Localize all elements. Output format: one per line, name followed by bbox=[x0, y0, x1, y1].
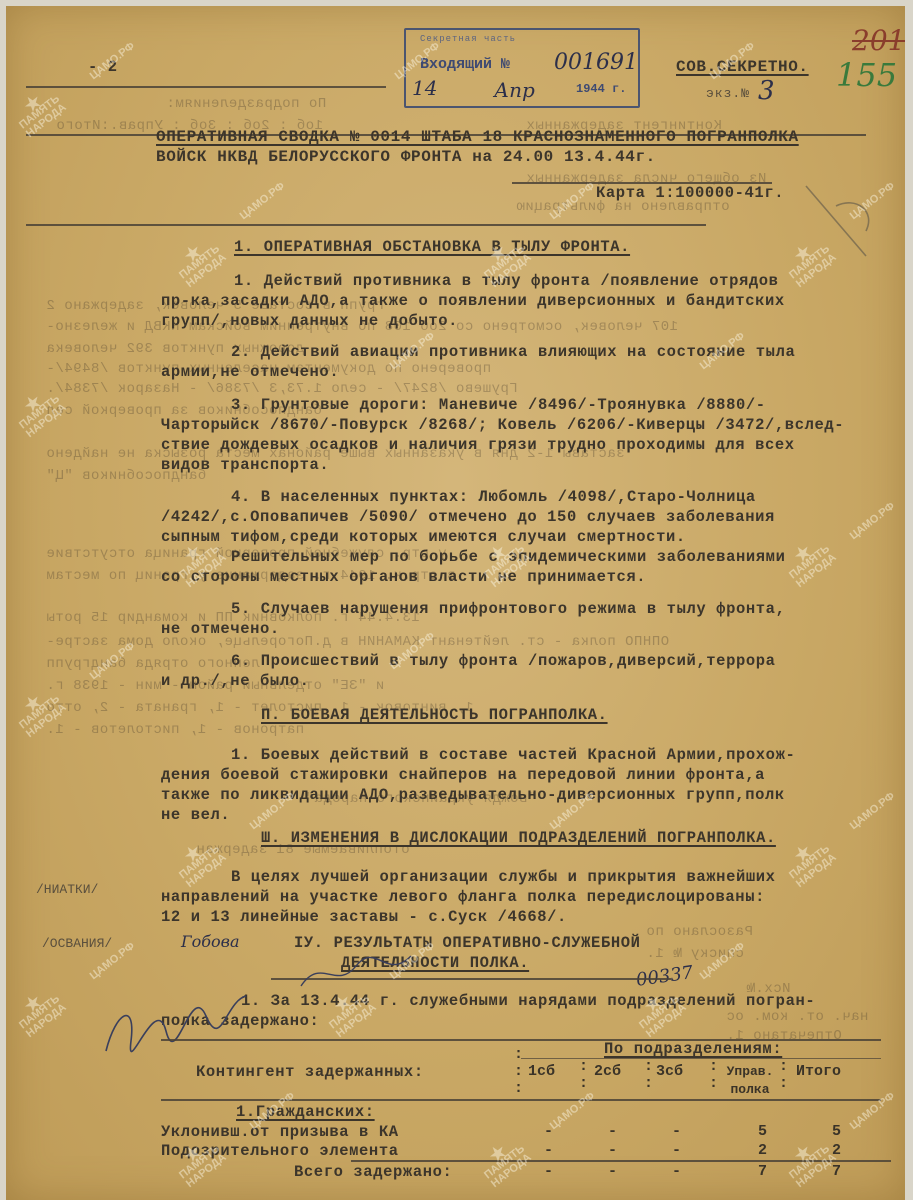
bleed-through-text: ОПНПО полка - ст. лейтенант КАМАНИН в д.… bbox=[46, 634, 669, 650]
paragraph-line: В целях лучшей организации службы и прик… bbox=[231, 868, 776, 886]
incoming-registration-stamp: Секретная часть Входящий № 001691 14 Апр… bbox=[404, 28, 640, 108]
paragraph-line: 3. Грунтовые дороги: Маневиче /8496/-Тро… bbox=[231, 396, 766, 414]
total-label: Всего задержано: bbox=[294, 1163, 452, 1181]
handwritten-note: Гобова bbox=[181, 932, 239, 951]
archive-number-green: 155 bbox=[836, 56, 897, 94]
stamp-label: Входящий № bbox=[420, 56, 510, 73]
column-separator: :: bbox=[779, 1058, 788, 1092]
bleed-through-text: патронов - 1, пистолетов - 1. bbox=[46, 722, 304, 738]
paragraph-line: также по ликвидации АДО,разведывательно-… bbox=[161, 786, 785, 804]
paragraph-line: 1. Боевых действий в составе частей Крас… bbox=[231, 746, 795, 764]
document-title-line1: ОПЕРАТИВНАЯ СВОДКА № 0014 ШТАБА 18 КРАСН… bbox=[156, 128, 799, 146]
column-header: 3сб bbox=[656, 1063, 683, 1080]
paragraph-line: и др./,не было. bbox=[161, 672, 310, 690]
page-number: - 2 bbox=[88, 58, 118, 76]
bleed-through-text: ленного отряда бандгрупп bbox=[46, 656, 260, 672]
watermark-pamyat: ★ПАМЯТЬНАРОДА bbox=[781, 1135, 839, 1190]
paragraph-line: дения боевой стажировки снайперов на пер… bbox=[161, 766, 765, 784]
paragraph-line: Решительных мер по борьбе с эпидемически… bbox=[231, 548, 785, 566]
paragraph-line: видов транспорта. bbox=[161, 456, 329, 474]
bleed-through-text: списку № 1. bbox=[646, 946, 744, 962]
document-title-line2: ВОЙСК НКВД БЕЛОРУССКОГО ФРОНТА на 24.00 … bbox=[156, 148, 656, 166]
star-icon: ★ bbox=[11, 985, 55, 1023]
table-row-header: Контингент задержанных: bbox=[196, 1063, 424, 1081]
table-header-rule bbox=[161, 1099, 881, 1101]
column-header: 2сб bbox=[594, 1063, 621, 1080]
column-header: 1сб bbox=[528, 1063, 555, 1080]
table-category: 1.Гражданских: bbox=[236, 1103, 375, 1121]
margin-stamp: /НИАТКИ/ bbox=[36, 882, 98, 897]
column-header: Итого bbox=[796, 1063, 841, 1080]
watermark-pamyat: ★ПАМЯТЬНАРОДА bbox=[171, 235, 229, 290]
copy-label: экз.№ bbox=[706, 86, 750, 101]
paragraph-line: не отмечено. bbox=[161, 620, 280, 638]
table-cell: - bbox=[672, 1142, 681, 1159]
star-icon: ★ bbox=[781, 1135, 825, 1173]
table-cell: - bbox=[672, 1163, 681, 1180]
star-icon: ★ bbox=[781, 835, 825, 873]
bleed-through-text: Грушево /8247/ - село 1.73,3 /7386/ - На… bbox=[46, 381, 518, 397]
pencil-mark bbox=[796, 176, 886, 266]
star-icon: ★ bbox=[171, 235, 215, 273]
stamp-day: 14 bbox=[412, 76, 437, 100]
divider bbox=[26, 86, 386, 88]
table-total-rule bbox=[351, 1160, 891, 1162]
paragraph-line: групп/,новых данных не добыто. bbox=[161, 312, 458, 330]
table-group-header: По подразделениям: bbox=[604, 1040, 782, 1058]
paragraph-line: пр-ка,засадки АДО,а также о появлении ди… bbox=[161, 292, 785, 310]
paragraph-line: не вел. bbox=[161, 806, 230, 824]
stamp-year: 1944 г. bbox=[576, 82, 626, 96]
table-cell: - bbox=[608, 1142, 617, 1159]
watermark: ЦАМО.РФ bbox=[848, 501, 897, 543]
paragraph-line: 12 и 13 линейные заставы - с.Суск /4668/… bbox=[161, 908, 567, 926]
table-cell: - bbox=[544, 1142, 553, 1159]
column-separator: :: bbox=[644, 1058, 653, 1092]
archive-number-red: 201 bbox=[852, 24, 905, 57]
signature-scribble bbox=[96, 971, 256, 1061]
row-label: Уклонивш.от призыва в КА bbox=[161, 1123, 399, 1141]
section-3-heading: Ш. ИЗМЕНЕНИЯ В ДИСЛОКАЦИИ ПОДРАЗДЕЛЕНИЙ … bbox=[261, 829, 776, 847]
copy-number: 3 bbox=[758, 76, 775, 106]
watermark: ЦАМО.РФ bbox=[848, 1091, 897, 1133]
column-separator: :: bbox=[709, 1058, 718, 1092]
paragraph-line: со стороны местных органов власти не при… bbox=[161, 568, 646, 586]
document-page: По подразделениям: 1об : 2об : 3об : Упр… bbox=[6, 6, 905, 1200]
table-cell: 7 bbox=[832, 1163, 841, 1180]
watermark: ЦАМО.РФ bbox=[848, 791, 897, 833]
section-1-heading: 1. ОПЕРАТИВНАЯ ОБСТАНОВКА В ТЫЛУ ФРОНТА. bbox=[234, 238, 630, 256]
table-cell: - bbox=[544, 1163, 553, 1180]
paragraph-line: 6. Происшествий в тылу фронта /пожаров,д… bbox=[231, 652, 776, 670]
watermark: ЦАМО.РФ bbox=[238, 181, 287, 223]
watermark-pamyat: ★ПАМЯТЬНАРОДА bbox=[11, 985, 69, 1040]
signature-scribble bbox=[296, 946, 416, 996]
classification-mark: СОВ.СЕКРЕТНО. bbox=[676, 58, 809, 76]
star-icon: ★ bbox=[781, 535, 825, 573]
paragraph-line: армии,не отмечено. bbox=[161, 363, 339, 381]
row-label: Подозрительного элемента bbox=[161, 1142, 399, 1160]
star-icon: ★ bbox=[476, 1135, 520, 1173]
map-reference: Карта 1:100000-41г. bbox=[596, 184, 784, 202]
table-inner-rule bbox=[521, 1058, 881, 1059]
paragraph-line: ствие дождевых осадков и наличия грязи т… bbox=[161, 436, 795, 454]
star-icon: ★ bbox=[11, 85, 55, 123]
paragraph-line: 1. Действий противника в тылу фронта /по… bbox=[234, 272, 779, 290]
paragraph-line: /4242/,с.Оповапичев /5090/ отмечено до 1… bbox=[161, 508, 775, 526]
margin-stamp: /ОСВАНИЯ/ bbox=[42, 936, 112, 951]
watermark-pamyat: ★ПАМЯТЬНАРОДА bbox=[476, 1135, 534, 1190]
table-cell: 5 bbox=[758, 1123, 767, 1140]
table-cell: - bbox=[672, 1123, 681, 1140]
paragraph-line: 2. Действий авиации противника влияющих … bbox=[231, 343, 795, 361]
table-cell: 5 bbox=[832, 1123, 841, 1140]
table-cell: - bbox=[608, 1123, 617, 1140]
column-separator: ::: bbox=[514, 1046, 523, 1097]
divider bbox=[26, 224, 706, 226]
table-cell: 2 bbox=[758, 1142, 767, 1159]
section-2-heading: П. БОЕВАЯ ДЕЯТЕЛЬНОСТЬ ПОГРАНПОЛКА. bbox=[261, 706, 608, 724]
paragraph-line: сыпным тифом,среди которых имеются случа… bbox=[161, 528, 686, 546]
bleed-through-text: По подразделениям: bbox=[166, 96, 326, 112]
watermark: ЦАМО.РФ bbox=[548, 1091, 597, 1133]
table-cell: - bbox=[544, 1123, 553, 1140]
bleed-through-text: Разослано по bbox=[646, 924, 753, 940]
paragraph-line: Чарторыйск /8670/-Повурск /8268/; Ковель… bbox=[161, 416, 844, 434]
paragraph-line: 4. В населенных пунктах: Любомль /4098/,… bbox=[231, 488, 756, 506]
bleed-through-text: нач. от. ком. ос bbox=[726, 1009, 868, 1025]
stamp-header: Секретная часть bbox=[420, 34, 516, 44]
handwritten-number: 00337 bbox=[635, 962, 695, 991]
paragraph-line: направлений на участке левого фланга пол… bbox=[161, 888, 765, 906]
table-cell: 7 bbox=[758, 1163, 767, 1180]
table-cell: - bbox=[608, 1163, 617, 1180]
table-cell: 2 bbox=[832, 1142, 841, 1159]
column-separator: :: bbox=[579, 1058, 588, 1092]
column-header: Управ. полка bbox=[721, 1063, 779, 1099]
stamp-number: 001691 bbox=[554, 50, 638, 75]
stamp-month: Апр bbox=[494, 78, 535, 102]
watermark-pamyat: ★ПАМЯТЬНАРОДА bbox=[781, 835, 839, 890]
paragraph-line: 5. Случаев нарушения прифронтового режим… bbox=[231, 600, 785, 618]
watermark-pamyat: ★ПАМЯТЬНАРОДА bbox=[781, 535, 839, 590]
